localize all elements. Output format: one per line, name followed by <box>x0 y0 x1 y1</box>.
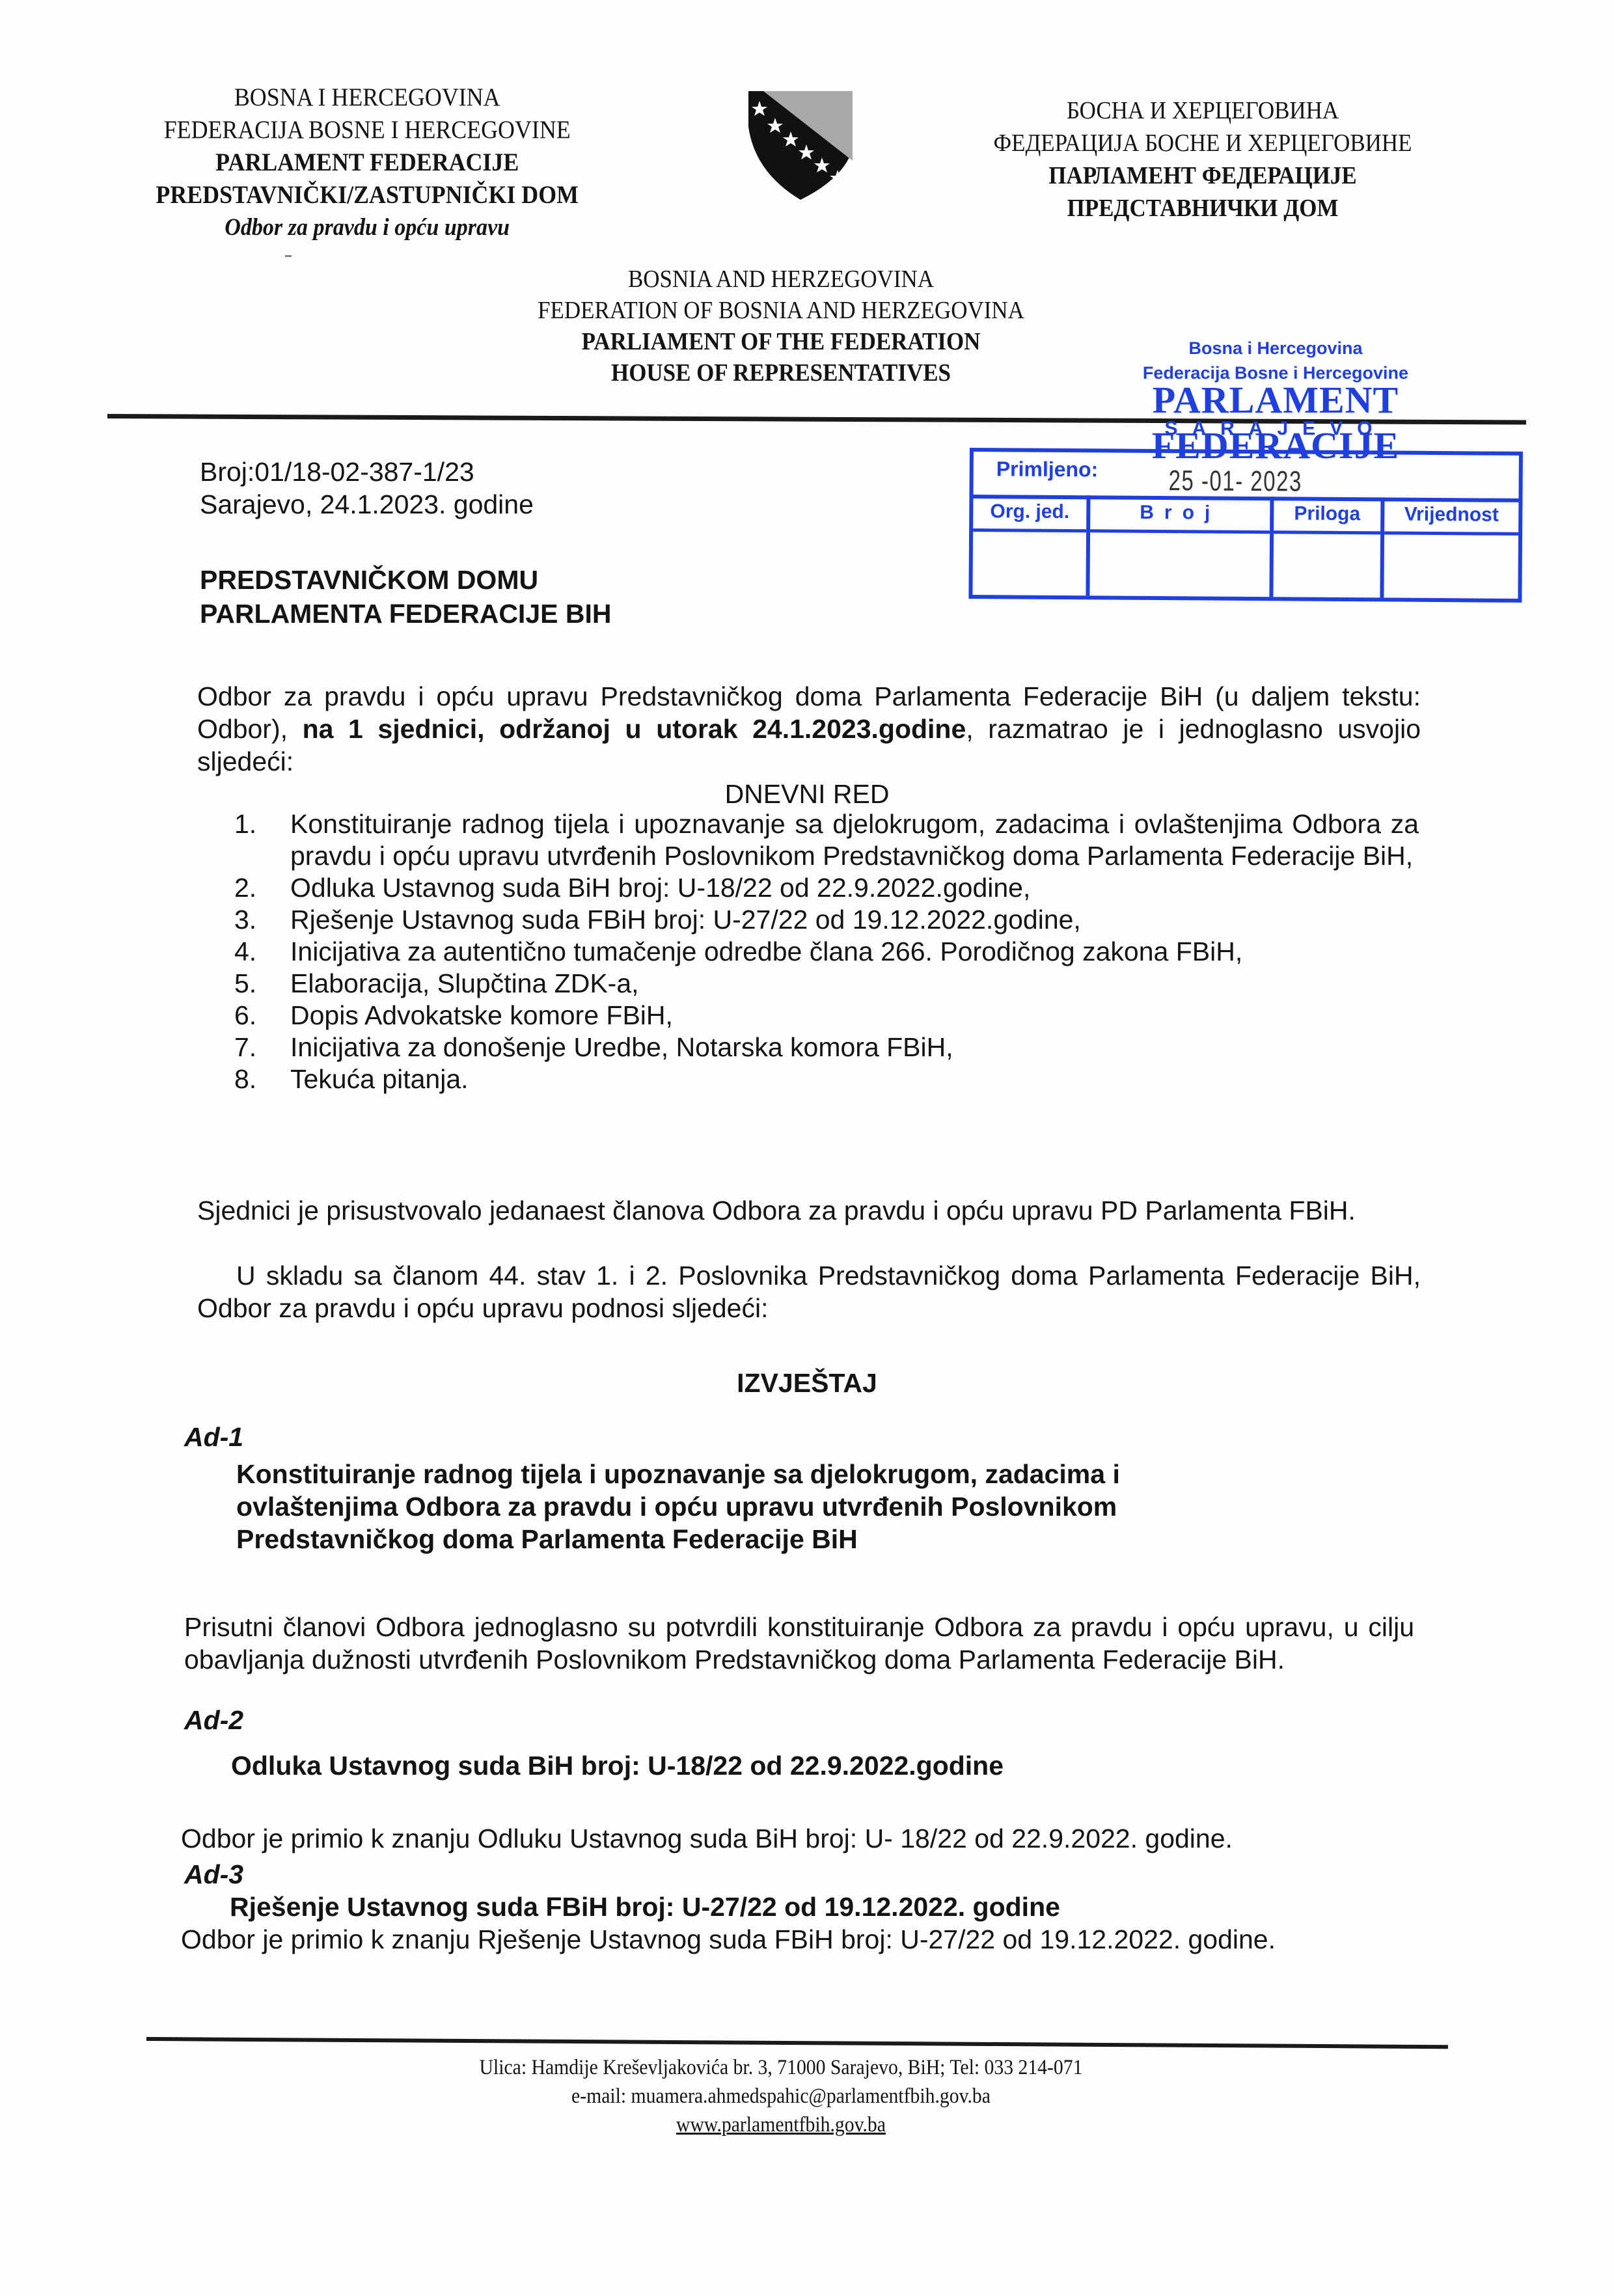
section-label-ad-3: Ad-3 <box>184 1859 243 1890</box>
agenda-item-text: Tekuća pitanja. <box>290 1063 1419 1095</box>
section-label-ad-1: Ad-1 <box>184 1422 243 1453</box>
report-title: IZVJEŠTAJ <box>195 1367 1419 1399</box>
registry-received-label: Primljeno: <box>996 457 1099 482</box>
agenda-item-number: 8. <box>234 1063 290 1095</box>
header-left-federation: FEDERACIJA BOSNE I HERCEGOVINE <box>137 114 597 146</box>
registry-col-priloga: Priloga <box>1273 497 1384 597</box>
agenda-item-number: 7. <box>234 1032 290 1063</box>
agenda-item: 3.Rješenje Ustavnog suda FBiH broj: U-27… <box>234 904 1419 936</box>
section-title-ad-3: Rješenje Ustavnog suda FBiH broj: U-27/2… <box>230 1891 1060 1923</box>
section-text-ad-1: Prisutni članovi Odbora jednoglasno su p… <box>184 1611 1414 1676</box>
header-right-country: БОСНА И ХЕРЦЕГОВИНА <box>963 94 1442 127</box>
agenda-item-text: Elaboracija, Slupčtina ZDK-a, <box>290 968 1419 1000</box>
section-text-ad-3: Odbor je primio k znanju Rješenje Ustavn… <box>181 1923 1276 1956</box>
recipient-line-1: PREDSTAVNIČKOM DOMU <box>200 563 611 597</box>
agenda-item: 6.Dopis Advokatske komore FBiH, <box>234 1000 1419 1032</box>
registry-columns: Org. jed. Broj Priloga Vrijednost <box>972 495 1518 599</box>
intro-session-bold: na 1 sjednici, održanoj u utorak 24.1.20… <box>303 714 966 744</box>
agenda-item-text: Konstituiranje radnog tijela i upoznavan… <box>290 808 1419 872</box>
registry-col-broj: Broj <box>1089 495 1274 597</box>
registry-received-date: 25 -01- 2023 <box>1168 465 1302 498</box>
legal-basis-paragraph: U skladu sa članom 44. stav 1. i 2. Posl… <box>197 1259 1421 1324</box>
section-text-ad-2: Odbor je primio k znanju Odluku Ustavnog… <box>181 1822 1233 1855</box>
agenda-title: DNEVNI RED <box>195 778 1419 810</box>
intro-paragraph: Odbor za pravdu i opću upravu Predstavni… <box>197 680 1421 778</box>
agenda-item: 7.Inicijativa za donošenje Uredbe, Notar… <box>234 1032 1419 1063</box>
registry-col-org: Org. jed. <box>972 495 1090 595</box>
header-right-house: ПРЕДСТАВНИЧКИ ДОМ <box>963 192 1442 225</box>
agenda-item-number: 4. <box>234 936 290 968</box>
agenda-item: 1.Konstituiranje radnog tijela i upoznav… <box>234 808 1419 872</box>
dash-mark <box>285 255 292 257</box>
agenda-item-number: 3. <box>234 904 290 936</box>
header-right: БОСНА И ХЕРЦЕГОВИНА ФЕДЕРАЦИЈА БОСНЕ И Х… <box>963 94 1442 225</box>
header-center-country: BOSNIA AND HERZEGOVINA <box>482 264 1080 295</box>
registry-stamp: Primljeno: 25 -01- 2023 Org. jed. Broj P… <box>968 448 1523 603</box>
document-place-date: Sarajevo, 24.1.2023. godine <box>200 488 534 521</box>
coat-of-arms-icon <box>745 88 856 202</box>
header-center-house: HOUSE OF REPRESENTATIVES <box>482 357 1080 389</box>
header-center-parliament: PARLIAMENT OF THE FEDERATION <box>482 326 1080 357</box>
header-left-house: PREDSTAVNIČKI/ZASTUPNIČKI DOM <box>137 179 597 212</box>
footer: Ulica: Hamdije Kreševljakovića br. 3, 71… <box>324 2053 1238 2139</box>
agenda-item-text: Dopis Advokatske komore FBiH, <box>290 1000 1419 1032</box>
agenda-item: 8.Tekuća pitanja. <box>234 1063 1419 1095</box>
header-left-parliament: PARLAMENT FEDERACIJE <box>137 146 597 179</box>
header-center-federation: FEDERATION OF BOSNIA AND HERZEGOVINA <box>482 295 1080 326</box>
header-center: BOSNIA AND HERZEGOVINA FEDERATION OF BOS… <box>482 264 1080 389</box>
section-label-ad-2: Ad-2 <box>184 1705 243 1736</box>
agenda-item: 4.Inicijativa za autentično tumačenje od… <box>234 936 1419 968</box>
agenda-item-number: 5. <box>234 968 290 1000</box>
document-number: Broj:01/18-02-387-1/23 <box>200 456 534 488</box>
recipient-line-2: PARLAMENTA FEDERACIJE BIH <box>200 597 611 631</box>
stamp-line-1: Bosna i Hercegovina <box>1080 338 1471 358</box>
attendance-paragraph: Sjednici je prisustvovalo jedanaest član… <box>197 1194 1421 1227</box>
stamp-line-4: SARAJEVO <box>1132 418 1419 440</box>
agenda-item-number: 6. <box>234 1000 290 1032</box>
header-left: BOSNA I HERCEGOVINA FEDERACIJA BOSNE I H… <box>137 81 597 244</box>
recipient: PREDSTAVNIČKOM DOMU PARLAMENTA FEDERACIJ… <box>200 563 611 631</box>
agenda-item-text: Odluka Ustavnog suda BiH broj: U-18/22 o… <box>290 872 1419 904</box>
agenda-item-text: Rješenje Ustavnog suda FBiH broj: U-27/2… <box>290 904 1419 936</box>
agenda-item: 2.Odluka Ustavnog suda BiH broj: U-18/22… <box>234 872 1419 904</box>
agenda-item-text: Inicijativa za donošenje Uredbe, Notarsk… <box>290 1032 1419 1063</box>
section-title-ad-1: Konstituiranje radnog tijela i upoznavan… <box>236 1458 1265 1555</box>
footer-email[interactable]: e-mail: muamera.ahmedspahic@parlamentfbi… <box>324 2082 1238 2111</box>
agenda-list: 1.Konstituiranje radnog tijela i upoznav… <box>234 808 1419 1095</box>
document-meta: Broj:01/18-02-387-1/23 Sarajevo, 24.1.20… <box>200 456 534 521</box>
agenda-item: 5.Elaboracija, Slupčtina ZDK-a, <box>234 968 1419 1000</box>
footer-website-link[interactable]: www.parlamentfbih.gov.ba <box>676 2113 886 2137</box>
header-left-committee: Odbor za pravdu i opću upravu <box>137 212 597 244</box>
agenda-item-text: Inicijativa za autentično tumačenje odre… <box>290 936 1419 968</box>
agenda-item-number: 1. <box>234 808 290 872</box>
footer-divider <box>146 2037 1448 2049</box>
section-title-ad-2: Odluka Ustavnog suda BiH broj: U-18/22 o… <box>231 1749 1004 1782</box>
registry-col-vrijednost: Vrijednost <box>1384 497 1518 598</box>
header-right-federation: ФЕДЕРАЦИЈА БОСНЕ И ХЕРЦЕГОВИНЕ <box>963 127 1442 159</box>
agenda-item-number: 2. <box>234 872 290 904</box>
header-right-parliament: ПАРЛАМЕНТ ФЕДЕРАЦИЈЕ <box>963 159 1442 192</box>
footer-address: Ulica: Hamdije Kreševljakovića br. 3, 71… <box>324 2053 1238 2082</box>
header-left-country: BOSNA I HERCEGOVINA <box>137 81 597 114</box>
